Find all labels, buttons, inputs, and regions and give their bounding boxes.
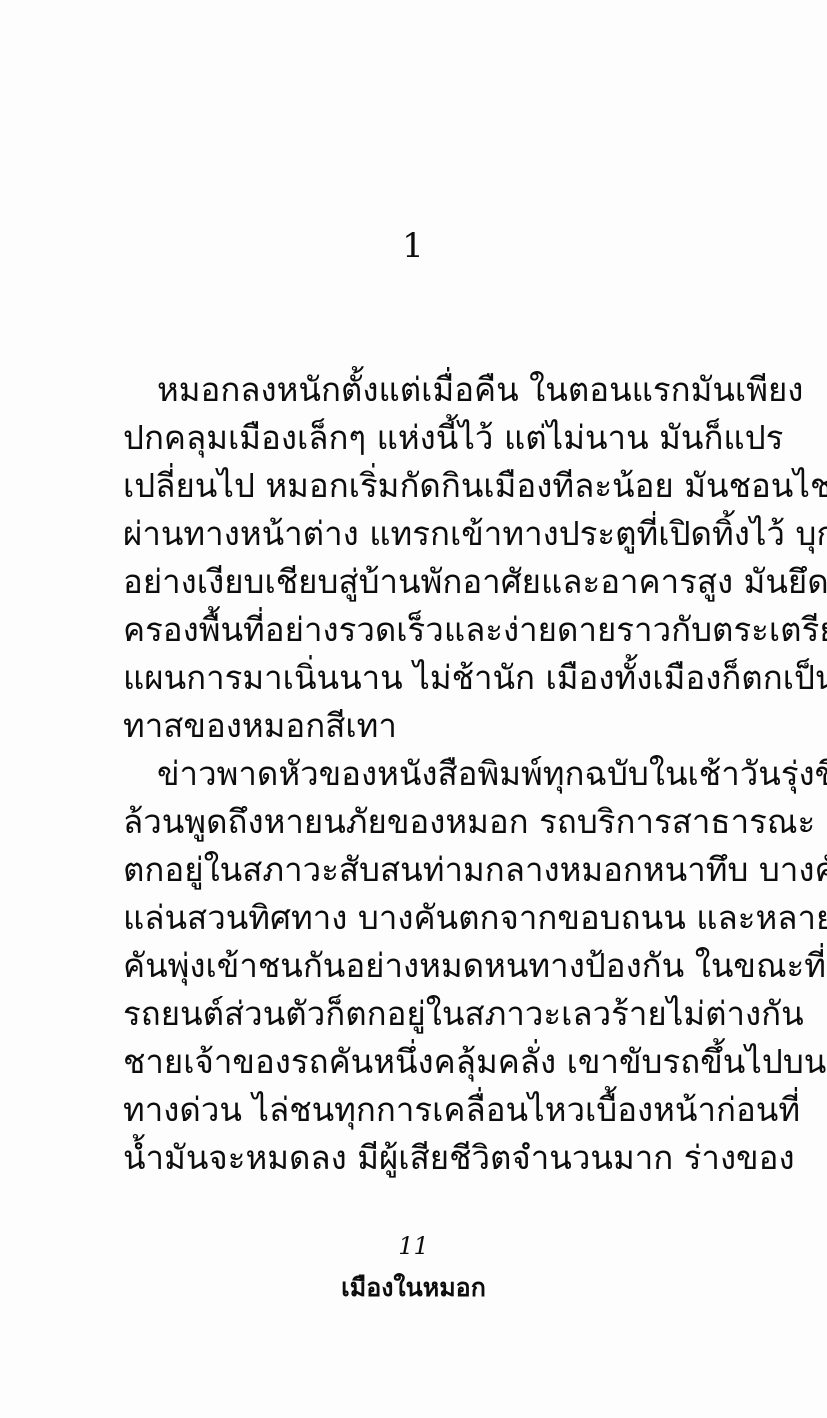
footer-title-row: เมืองในหมอก bbox=[0, 1268, 827, 1308]
text-line: หมอกลงหนักตั้งแต่เมื่อคืน ในตอนแรกมันเพี… bbox=[123, 366, 707, 414]
book-title: เมืองในหมอก bbox=[341, 1268, 486, 1308]
text-line: ปกคลุมเมืองเล็กๆ แห่งนี้ไว้ แต่ไม่นาน มั… bbox=[123, 414, 707, 462]
text-line: เปลี่ยนไป หมอกเริ่มกัดกินเมืองทีละน้อย ม… bbox=[123, 462, 707, 510]
text-line: อย่างเงียบเชียบสู่บ้านพักอาศัยและอาคารสู… bbox=[123, 558, 707, 606]
body-text: หมอกลงหนักตั้งแต่เมื่อคืน ในตอนแรกมันเพี… bbox=[123, 366, 707, 1182]
text-line: แล่นสวนทิศทาง บางคันตกจากขอบถนน และหลาย bbox=[123, 894, 707, 942]
text-line: ตกอยู่ในสภาวะสับสนท่ามกลางหมอกหนาทึบ บาง… bbox=[123, 846, 707, 894]
text-line: น้ำมันจะหมดลง มีผู้เสียชีวิตจำนวนมาก ร่า… bbox=[123, 1134, 707, 1182]
footer-page-number-row: 11 bbox=[0, 1232, 827, 1260]
text-line: แผนการมาเนิ่นนาน ไม่ช้านัก เมืองทั้งเมือ… bbox=[123, 654, 707, 702]
text-line: รถยนต์ส่วนตัวก็ตกอยู่ในสภาวะเลวร้ายไม่ต่… bbox=[123, 990, 707, 1038]
text-line: ครองพื้นที่อย่างรวดเร็วและง่ายดายราวกับต… bbox=[123, 606, 707, 654]
page-number: 11 bbox=[398, 1232, 429, 1260]
text-line: ชายเจ้าของรถคันหนึ่งคลุ้มคลั่ง เขาขับรถข… bbox=[123, 1038, 707, 1086]
text-line: ผ่านทางหน้าต่าง แทรกเข้าทางประตูที่เปิดท… bbox=[123, 510, 707, 558]
text-line: ทางด่วน ไล่ชนทุกการเคลื่อนไหวเบื้องหน้าก… bbox=[123, 1086, 707, 1134]
text-line: คันพุ่งเข้าชนกันอย่างหมดหนทางป้องกัน ในข… bbox=[123, 942, 707, 990]
book-page: 1 หมอกลงหนักตั้งแต่เมื่อคืน ในตอนแรกมันเ… bbox=[0, 0, 827, 1418]
text-line: ข่าวพาดหัวของหนังสือพิมพ์ทุกฉบับในเช้าวั… bbox=[123, 750, 707, 798]
text-line: ทาสของหมอกสีเทา bbox=[123, 702, 707, 750]
text-line: ล้วนพูดถึงหายนภัยของหมอก รถบริการสาธารณะ bbox=[123, 798, 707, 846]
chapter-number: 1 bbox=[0, 228, 827, 264]
